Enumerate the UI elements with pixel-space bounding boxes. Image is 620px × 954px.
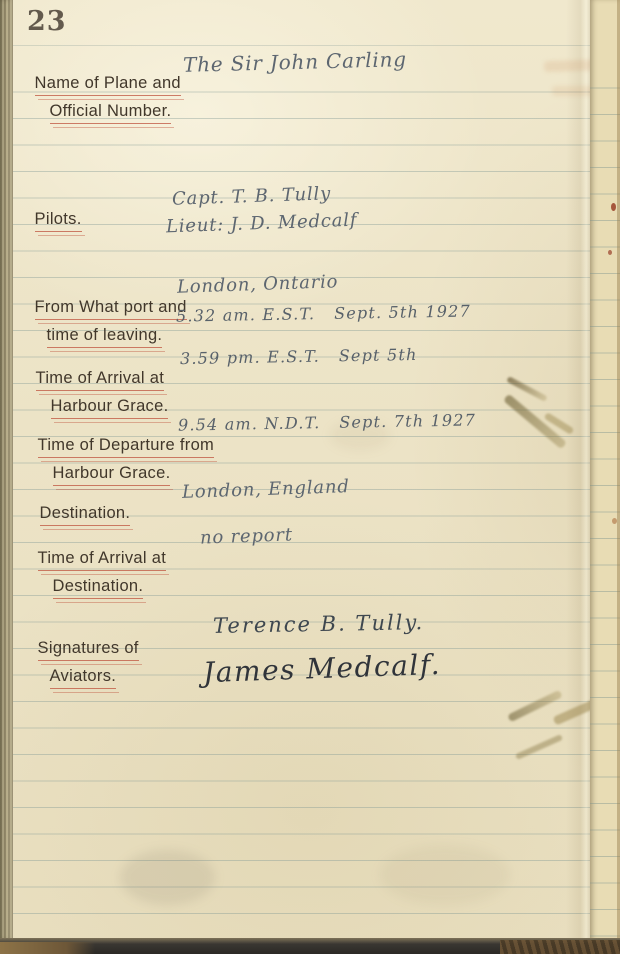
label-text: Aviators. [50, 667, 117, 689]
field-label-arrival-harbour-grace-line2: Harbour Grace. [31, 378, 168, 419]
label-text: Destination. [53, 577, 144, 599]
book-bottom-edge [0, 938, 620, 954]
field-label-arrival-destination-line2: Destination. [33, 558, 143, 599]
red-speck-stain [612, 518, 617, 524]
field-label-departure-harbour-grace-line2: Harbour Grace. [33, 445, 170, 486]
ruled-lines [590, 62, 620, 940]
label-text: Pilots. [35, 210, 82, 232]
bottom-right-corner [500, 940, 620, 954]
label-text: Destination. [40, 504, 131, 526]
field-label-destination: Destination. [20, 485, 130, 526]
red-speck-stain [608, 250, 612, 255]
smudge-stain [380, 845, 510, 905]
page-fold-crease [566, 0, 592, 938]
field-label-pilots: Pilots. [15, 191, 82, 232]
red-speck-stain [611, 203, 616, 211]
signature-tully: Terence B. Tully. [213, 610, 425, 638]
bottom-left-corner [0, 942, 95, 954]
book-binding-edge [0, 0, 13, 940]
field-label-signatures-line2: Aviators. [30, 648, 116, 689]
field-label-plane-name-line2: Official Number. [30, 83, 171, 124]
label-text: Official Number. [50, 102, 172, 124]
next-page-edge [590, 0, 620, 940]
smudge-stain [120, 850, 215, 905]
ruled-line [13, 45, 590, 46]
field-label-departure-port-line2: time of leaving. [27, 307, 162, 348]
logbook-page-scan: 23 Name of Plane and Official Number. Th… [0, 0, 620, 954]
label-text: time of leaving. [47, 326, 163, 348]
label-text: Harbour Grace. [53, 464, 171, 486]
field-value-arrival-destination: no report [200, 524, 293, 548]
page-number: 23 [27, 6, 67, 37]
label-text: Harbour Grace. [51, 397, 169, 419]
